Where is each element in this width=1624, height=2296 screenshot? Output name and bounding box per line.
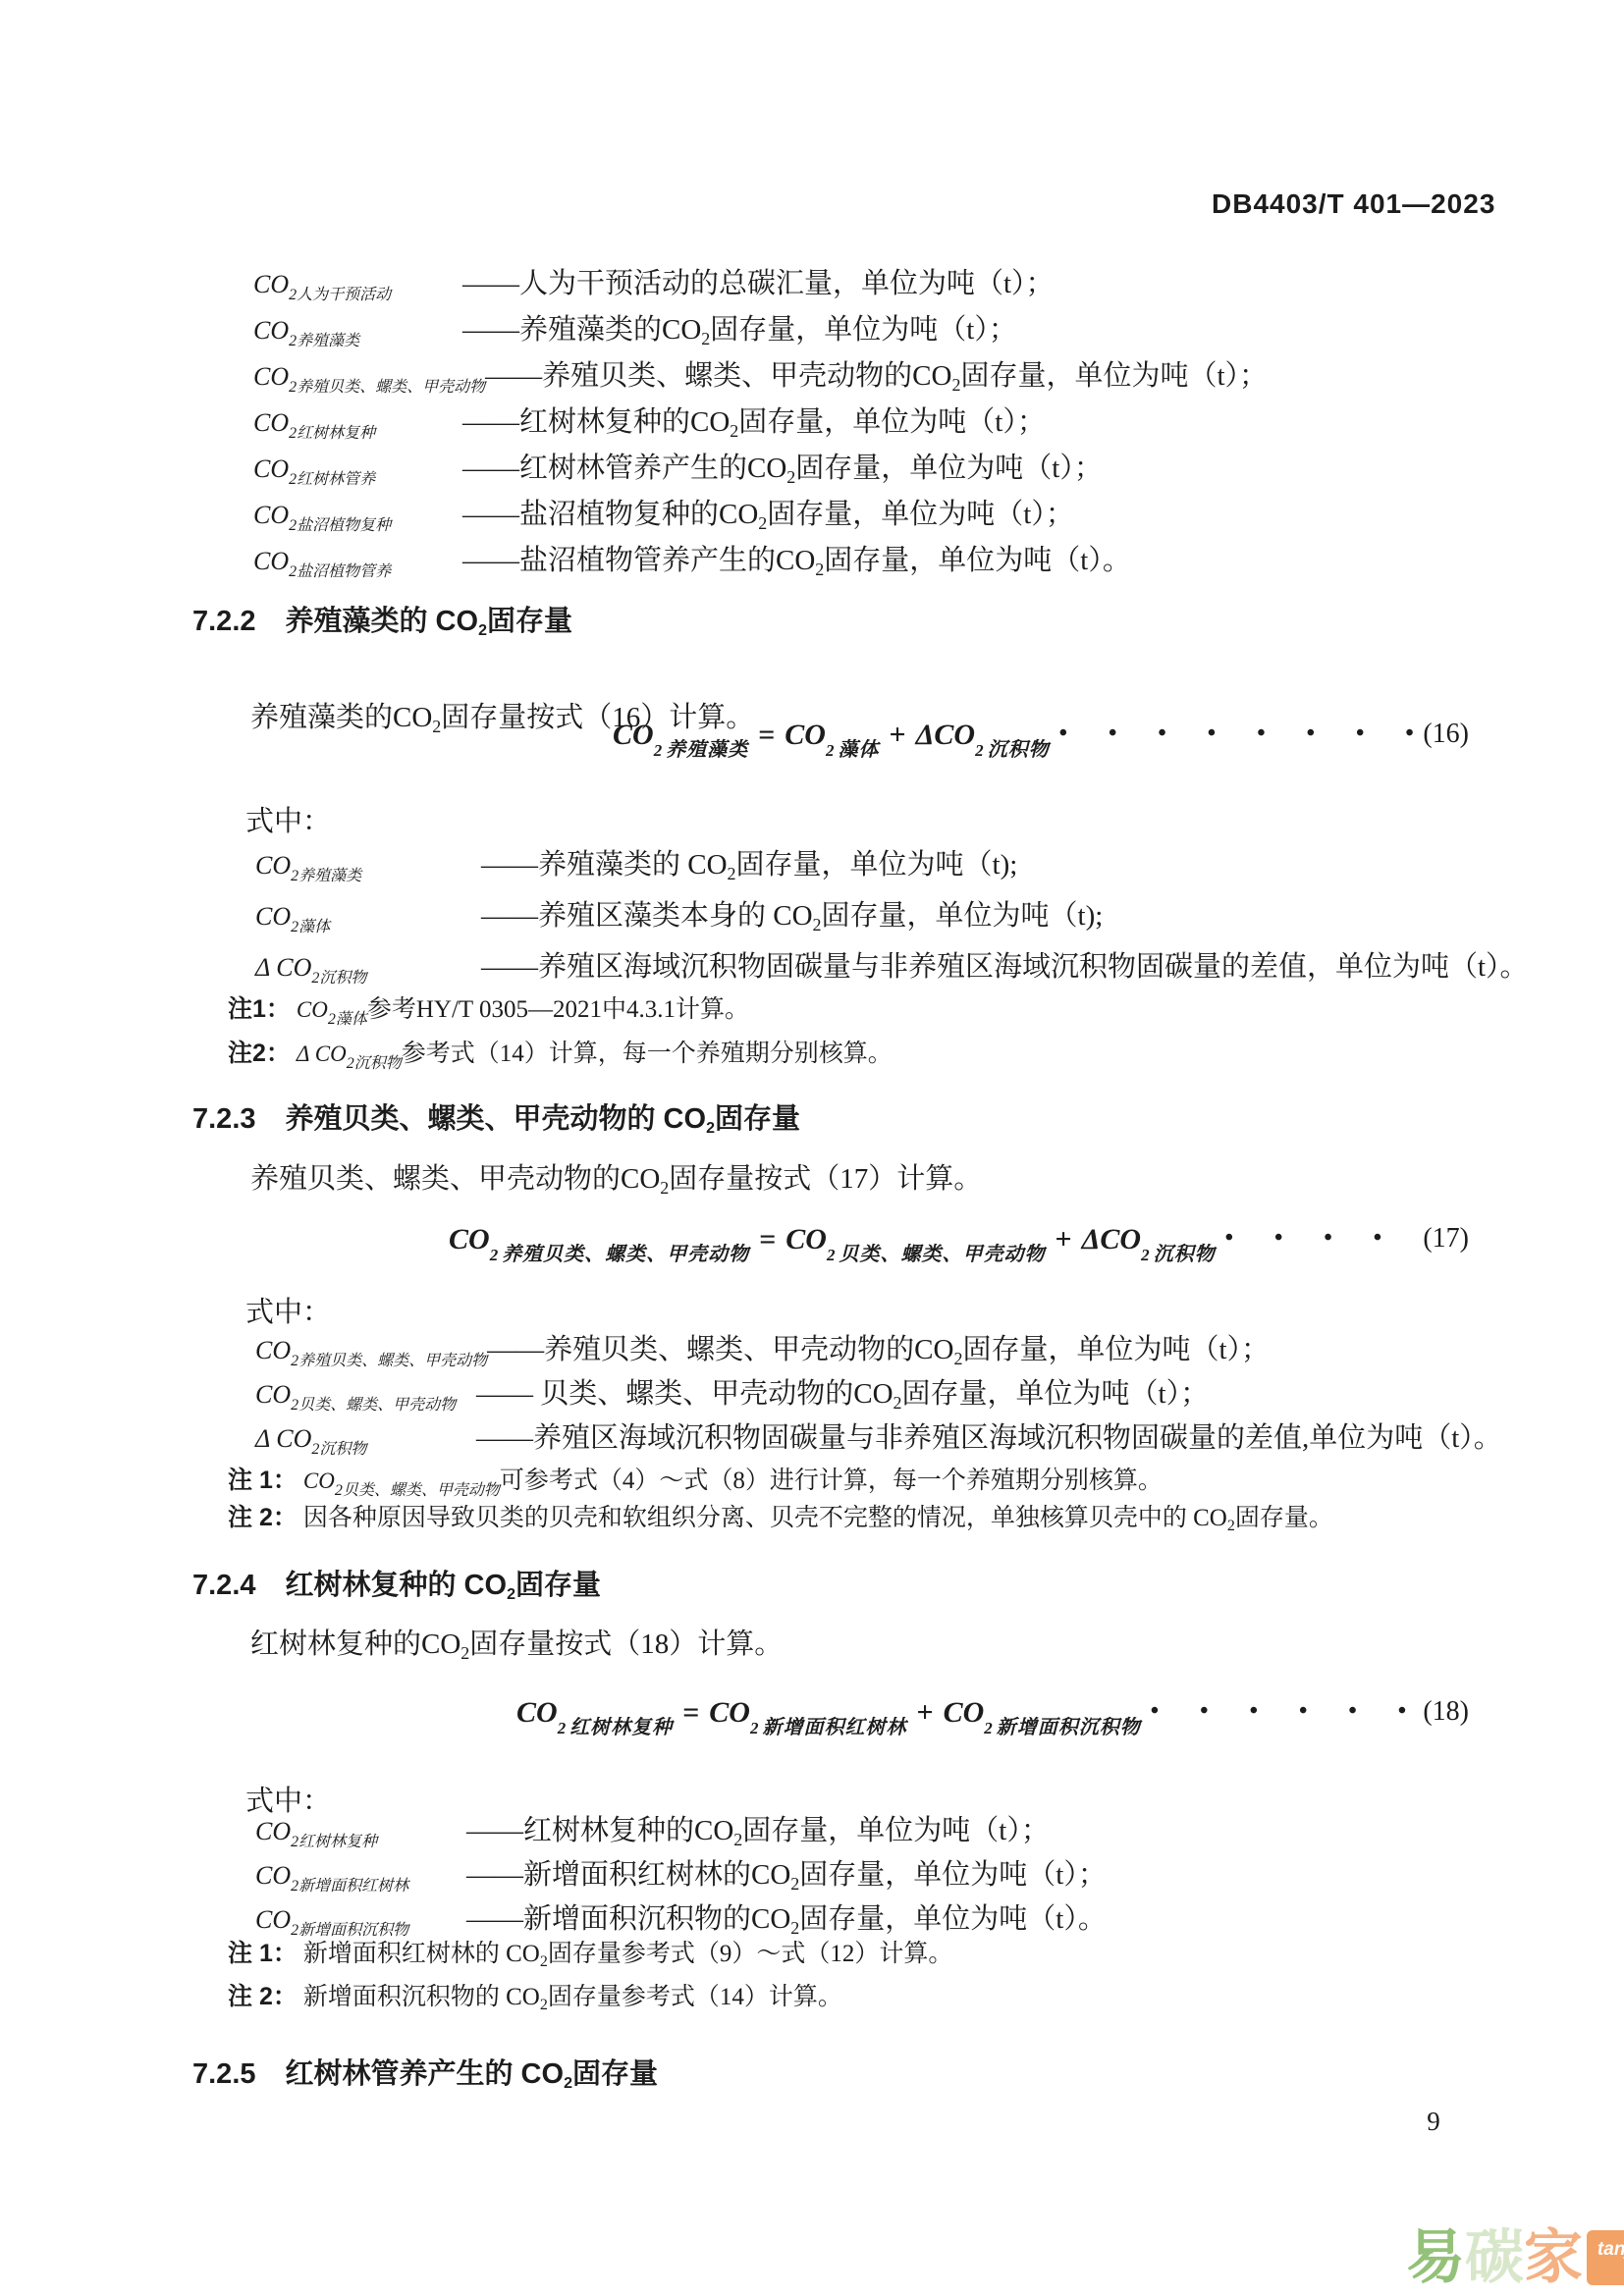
heading-title-post: 固存量	[715, 1103, 800, 1135]
note-text-post: 固存量参考式（14）计算。	[548, 1984, 842, 2010]
heading-number: 7.2.3	[192, 1103, 256, 1135]
note-text-post: 固存量参考式（9）～式（12）计算。	[548, 1941, 953, 1967]
note-text: 新增面积红树林的 CO	[303, 1941, 540, 1967]
symbol-subscript: 2沉积物	[347, 1055, 402, 1072]
heading-co2-subscript: 2	[564, 2075, 572, 2092]
note-text: 参考式（14）计算，每一个养殖期分别核算。	[402, 1041, 893, 1067]
symbol-subscript: 2藻体	[328, 1011, 367, 1028]
definition-row: Δ CO2沉积物 ——养殖区海域沉积物固碳量与非养殖区海域沉积物固碳量的差值,单…	[255, 1415, 1483, 1460]
def-text-post: 固存量，单位为吨（t);	[736, 849, 1018, 881]
formula-sub-label: 养殖贝类、螺类、甲壳动物	[502, 1244, 749, 1265]
note-symbol: CO2贝类、螺类、甲壳动物	[303, 1468, 500, 1493]
formula-sub2: 2	[1141, 1246, 1150, 1264]
note-text: 新增面积沉积物的 CO	[303, 1984, 540, 2010]
symbol-term: CO2养殖藻类	[253, 316, 462, 350]
heading-title: 红树林管养产生的 CO	[286, 2058, 565, 2090]
inline-co2-subscript: 2	[790, 1874, 799, 1894]
symbol-main: CO	[303, 1468, 335, 1493]
symbol-definition: ——新增面积红树林的CO2固存量，单位为吨（t）；	[466, 1852, 1107, 1895]
inline-co2-subscript: 2	[893, 1393, 902, 1413]
symbol-definition: —— 贝类、螺类、甲壳动物的CO2固存量，单位为吨（t）；	[476, 1371, 1209, 1414]
symbol-definition: ——养殖贝类、螺类、甲壳动物的CO2固存量，单位为吨（t）；	[485, 353, 1268, 396]
symbol-definition: ——新增面积沉积物的CO2固存量，单位为吨（t）。	[466, 1896, 1107, 1939]
definition-row: CO2养殖藻类 ——养殖藻类的 CO2固存量，单位为吨（t);	[255, 842, 1483, 893]
list-item: CO2养殖贝类、螺类、甲壳动物 ——养殖贝类、螺类、甲壳动物的CO2固存量，单位…	[253, 353, 1490, 400]
definition-block: CO2养殖藻类 ——养殖藻类的 CO2固存量，单位为吨（t); CO2藻体 ——…	[255, 842, 1483, 995]
note-label: 注 2：	[228, 1504, 298, 1531]
symbol-main: CO	[255, 1380, 291, 1409]
note-label: 注2：	[228, 1040, 291, 1067]
para-text: 养殖贝类、螺类、甲壳动物的CO	[250, 1163, 660, 1195]
symbol-term: CO2贝类、螺类、甲壳动物	[255, 1380, 476, 1415]
formula-term: CO	[785, 719, 826, 751]
section-paragraph: 红树林复种的CO2固存量按式（18）计算。	[193, 1622, 1470, 1664]
watermark-url-badge: tanjiaoyi .com	[1587, 2230, 1624, 2285]
symbol-main: CO	[255, 1905, 291, 1934]
formula-terms: CO2养殖藻类=CO2藻体+ΔCO2沉积物	[613, 719, 1050, 762]
symbol-main: CO	[255, 1336, 291, 1364]
symbol-term: CO2养殖贝类、螺类、甲壳动物	[253, 362, 485, 397]
definition-block: CO2养殖贝类、螺类、甲壳动物 ——养殖贝类、螺类、甲壳动物的CO2固存量，单位…	[255, 1327, 1483, 1460]
definition-row: Δ CO2沉积物 ——养殖区海域沉积物固碳量与非养殖区海域沉积物固碳量的差值，单…	[255, 944, 1483, 995]
symbol-term: CO2红树林复种	[255, 1817, 466, 1851]
list-item: CO2盐沼植物管养 ——盐沼植物管养产生的CO2固存量，单位为吨（t）。	[253, 538, 1490, 584]
watermark-char-yi: 易	[1406, 2228, 1465, 2287]
inline-co2-subscript: 2	[733, 1830, 742, 1849]
symbol-term: CO2藻体	[255, 902, 481, 936]
inline-co2-subscript: 2	[730, 421, 738, 441]
symbol-term: CO2人为干预活动	[253, 270, 462, 304]
def-text: ——新增面积红树林的CO	[466, 1859, 790, 1891]
symbol-main: CO	[255, 902, 291, 931]
formula-term: CO	[449, 1223, 490, 1255]
symbol-subscript: 2贝类、螺类、甲壳动物	[291, 1397, 456, 1414]
def-text-post: 固存量，单位为吨（t）；	[767, 499, 1074, 530]
formula-sub2: 2	[827, 1246, 836, 1264]
formula-sub-label: 沉积物	[988, 739, 1050, 761]
list-item: CO2养殖藻类 ——养殖藻类的CO2固存量，单位为吨（t）；	[253, 307, 1490, 353]
symbol-subscript: 2红树林复种	[291, 1834, 377, 1850]
symbol-term: CO2盐沼植物管养	[253, 547, 462, 581]
formula-16: CO2养殖藻类=CO2藻体+ΔCO2沉积物 • • • • • • • • • …	[192, 719, 1469, 762]
symbol-term: CO2养殖贝类、螺类、甲壳动物	[255, 1336, 487, 1370]
note-line: 注1：CO2藻体参考HY/T 0305—2021中4.3.1计算。	[228, 989, 1485, 1034]
document-page: DB4403/T 401—2023 CO2人为干预活动 ——人为干预活动的总碳汇…	[0, 0, 1624, 2296]
heading-title-post: 固存量	[572, 2058, 658, 2090]
symbol-subscript: 2养殖藻类	[291, 868, 361, 884]
definition-row: CO2藻体 ——养殖区藻类本身的 CO2固存量，单位为吨（t);	[255, 893, 1483, 944]
note-line: 注 2：新增面积沉积物的 CO2固存量参考式（14）计算。	[228, 1977, 1485, 2020]
symbol-definition: ——养殖区海域沉积物固碳量与非养殖区海域沉积物固碳量的差值,单位为吨（t）。	[476, 1415, 1502, 1458]
symbol-subscript: 2红树林复种	[289, 425, 375, 442]
formula-sub-label: 红树林复种	[569, 1717, 673, 1738]
symbol-main: CO	[253, 501, 289, 529]
note-text-post: 固存量。	[1235, 1505, 1333, 1531]
formula-terms: CO2红树林复种=CO2新增面积红树林+CO2新增面积沉积物	[516, 1696, 1141, 1739]
formula-number: (18)	[1423, 1696, 1469, 1728]
def-text-post: 固存量，单位为吨（t）；	[795, 453, 1103, 484]
heading-number: 7.2.4	[192, 1570, 256, 1601]
symbol-main: CO	[253, 270, 289, 298]
symbol-subscript: 2藻体	[291, 919, 330, 935]
heading-title: 养殖藻类的 CO	[286, 606, 479, 637]
heading-title: 红树林复种的 CO	[286, 1570, 508, 1601]
note-label: 注 1：	[228, 1467, 298, 1494]
symbol-main: CO	[255, 1861, 291, 1890]
page-number: 9	[1414, 2107, 1453, 2137]
para-text: 红树林复种的CO	[250, 1629, 460, 1660]
watermark-char-jia: 家	[1524, 2228, 1583, 2287]
list-item: CO2盐沼植物复种 ——盐沼植物复种的CO2固存量，单位为吨（t）；	[253, 492, 1490, 538]
symbol-main: CO	[255, 1817, 291, 1845]
symbol-subscript: 2盐沼植物复种	[289, 517, 391, 534]
formula-number: (16)	[1423, 719, 1469, 750]
formula-18: CO2红树林复种=CO2新增面积红树林+CO2新增面积沉积物 • • • • •…	[192, 1696, 1469, 1739]
heading-title-post: 固存量	[487, 606, 572, 637]
inline-co2-subscript: 2	[540, 1953, 548, 1970]
heading-title: 养殖贝类、螺类、甲壳动物的 CO	[286, 1103, 707, 1135]
heading-number: 7.2.2	[192, 606, 256, 637]
def-text-post: 固存量，单位为吨（t）；	[742, 1815, 1050, 1846]
symbol-subscript: 2人为干预活动	[289, 287, 391, 303]
dot-leader: • • • • • • • • • • • •	[1050, 719, 1424, 747]
note-line: 注 1：CO2贝类、螺类、甲壳动物可参考式（4）～式（8）进行计算，每一个养殖期…	[228, 1461, 1485, 1498]
note-symbol: CO2藻体	[297, 997, 367, 1022]
symbol-main: CO	[253, 454, 289, 483]
symbol-term: Δ CO2沉积物	[255, 1424, 476, 1459]
def-text: ——养殖区海域沉积物固碳量与非养殖区海域沉积物固碳量的差值，单位为吨（t）。	[481, 951, 1529, 983]
def-text: ——红树林复种的CO	[466, 1815, 733, 1846]
symbol-main: CO	[297, 997, 328, 1022]
section-paragraph: 养殖贝类、螺类、甲壳动物的CO2固存量按式（17）计算。	[193, 1156, 1470, 1199]
symbol-definition: ——红树林复种的CO2固存量，单位为吨（t）；	[462, 400, 1046, 442]
formula-sub-label: 藻体	[838, 739, 879, 761]
symbol-definition: ——养殖区藻类本身的 CO2固存量，单位为吨（t);	[481, 893, 1103, 935]
inline-co2-subscript: 2	[540, 1997, 548, 2013]
def-text: ——养殖区海域沉积物固碳量与非养殖区海域沉积物固碳量的差值,单位为吨（t）。	[476, 1422, 1502, 1454]
inline-co2-subscript: 2	[758, 513, 767, 533]
symbol-definition: ——盐沼植物管养产生的CO2固存量，单位为吨（t）。	[462, 538, 1131, 580]
def-text-post: 固存量，单位为吨（t）；	[738, 406, 1046, 438]
notes-block: 注1：CO2藻体参考HY/T 0305—2021中4.3.1计算。 注2：Δ C…	[228, 989, 1485, 1078]
plus-operator: +	[1055, 1223, 1071, 1255]
heading-co2-subscript: 2	[706, 1120, 715, 1137]
inline-co2-subscript: 2	[1227, 1518, 1235, 1534]
def-text-post: 固存量，单位为吨（t);	[822, 900, 1104, 932]
formula-term: CO	[785, 1223, 827, 1255]
equals-operator: =	[759, 1223, 776, 1255]
def-text-post: 固存量，单位为吨（t）；	[962, 1334, 1270, 1365]
list-item: CO2人为干预活动 ——人为干预活动的总碳汇量，单位为吨（t）；	[253, 261, 1490, 307]
formula-sub-label: 贝类、螺类、甲壳动物	[839, 1244, 1045, 1265]
inline-co2-subscript: 2	[701, 329, 710, 348]
section-heading-7-2-5: 7.2.5红树林管养产生的 CO2固存量	[192, 2052, 658, 2093]
symbol-definition: ——盐沼植物复种的CO2固存量，单位为吨（t）；	[462, 492, 1074, 534]
inline-co2-subscript: 2	[460, 1643, 469, 1663]
symbol-term: CO2养殖藻类	[255, 851, 481, 885]
symbol-definition: ——人为干预活动的总碳汇量，单位为吨（t）；	[462, 261, 1055, 303]
equals-operator: =	[682, 1696, 699, 1729]
equals-operator: =	[758, 719, 775, 751]
def-text-post: 固存量，单位为吨（t）。	[799, 1903, 1107, 1935]
symbol-subscript: 2贝类、螺类、甲壳动物	[335, 1482, 500, 1499]
formula-17: CO2养殖贝类、螺类、甲壳动物=CO2贝类、螺类、甲壳动物+ΔCO2沉积物 • …	[192, 1223, 1469, 1266]
heading-number: 7.2.5	[192, 2058, 256, 2090]
formula-term: CO	[516, 1696, 558, 1729]
list-item: CO2红树林管养 ——红树林管养产生的CO2固存量，单位为吨（t）；	[253, 446, 1490, 492]
formula-sub2: 2	[975, 741, 984, 760]
watermark-site-text: tanjiaoyi	[1597, 2239, 1624, 2260]
formula-sub-label: 新增面积沉积物	[997, 1717, 1141, 1738]
symbol-term: CO2红树林复种	[253, 408, 462, 443]
symbol-subscript: 2新增面积红树林	[291, 1878, 408, 1895]
note-text: 因各种原因导致贝类的贝壳和软组织分离、贝壳不完整的情况，单独核算贝壳中的 CO	[303, 1505, 1227, 1531]
formula-term: ΔCO	[916, 719, 975, 751]
inline-co2-subscript: 2	[728, 864, 736, 883]
symbol-definition: ——红树林管养产生的CO2固存量，单位为吨（t）；	[462, 446, 1103, 488]
def-text: ——红树林管养产生的CO	[462, 453, 786, 484]
symbol-subscript: 2沉积物	[311, 970, 366, 987]
symbol-main: Δ CO	[297, 1041, 347, 1066]
heading-title-post: 固存量	[515, 1570, 601, 1601]
def-text: ——人为干预活动的总碳汇量，单位为吨（t）；	[462, 268, 1055, 299]
plus-operator: +	[889, 719, 905, 751]
dot-leader: • • • • • •	[1216, 1223, 1424, 1252]
formula-sub-label: 养殖藻类	[666, 739, 748, 761]
symbol-subscript: 2养殖贝类、螺类、甲壳动物	[291, 1353, 487, 1369]
doc-number-header: DB4403/T 401—2023	[1212, 188, 1469, 220]
formula-sub2: 2	[654, 741, 663, 760]
note-symbol: Δ CO2沉积物	[297, 1041, 402, 1066]
section-heading-7-2-4: 7.2.4红树林复种的 CO2固存量	[192, 1563, 601, 1604]
def-text: ——盐沼植物管养产生的CO	[462, 545, 815, 576]
symbol-subscript: 2养殖贝类、螺类、甲壳动物	[289, 379, 485, 396]
symbol-subscript: 2养殖藻类	[289, 333, 359, 349]
def-text-post: 固存量，单位为吨（t）；	[902, 1378, 1210, 1410]
formula-sub2: 2	[490, 1246, 499, 1264]
note-label: 注 1：	[228, 1940, 298, 1967]
heading-co2-subscript: 2	[507, 1586, 515, 1603]
def-text: ——养殖贝类、螺类、甲壳动物的CO	[485, 360, 951, 392]
symbol-term: CO2红树林管养	[253, 454, 462, 489]
formula-terms: CO2养殖贝类、螺类、甲壳动物=CO2贝类、螺类、甲壳动物+ΔCO2沉积物	[449, 1223, 1216, 1266]
note-line: 注 2：因各种原因导致贝类的贝壳和软组织分离、贝壳不完整的情况，单独核算贝壳中的…	[228, 1498, 1485, 1535]
symbol-term: CO2新增面积红树林	[255, 1861, 466, 1896]
watermark-logo: 易 碳 家 tanjiaoyi .com	[1406, 2228, 1624, 2287]
def-text-post: 固存量，单位为吨（t）。	[824, 545, 1131, 576]
note-text: 可参考式（4）～式（8）进行计算，每一个养殖期分别核算。	[500, 1468, 1163, 1494]
formula-sub-label: 新增面积红树林	[762, 1717, 906, 1738]
notes-block: 注 1：新增面积红树林的 CO2固存量参考式（9）～式（12）计算。 注 2：新…	[228, 1934, 1485, 2020]
note-label: 注1：	[228, 995, 291, 1023]
symbol-main: CO	[253, 316, 289, 345]
inline-co2-subscript: 2	[813, 915, 822, 934]
symbol-subscript: 2红树林管养	[289, 471, 375, 488]
def-text: —— 贝类、螺类、甲壳动物的CO	[476, 1378, 893, 1410]
formula-sub2: 2	[826, 741, 835, 760]
symbol-term: Δ CO2沉积物	[255, 953, 481, 988]
def-text-post: 固存量，单位为吨（t）；	[710, 314, 1017, 346]
section-heading-7-2-3: 7.2.3养殖贝类、螺类、甲壳动物的 CO2固存量	[192, 1096, 800, 1138]
para-text-post: 固存量按式（18）计算。	[469, 1629, 783, 1660]
shizhong-label: 式中：	[245, 799, 331, 839]
formula-term: ΔCO	[1082, 1223, 1141, 1255]
symbol-definition: ——养殖区海域沉积物固碳量与非养殖区海域沉积物固碳量的差值，单位为吨（t）。	[481, 944, 1529, 987]
plus-operator: +	[916, 1696, 933, 1729]
section-heading-7-2-2: 7.2.2养殖藻类的 CO2固存量	[192, 599, 572, 640]
note-text: 参考HY/T 0305—2021中4.3.1计算。	[367, 996, 749, 1023]
formula-term: CO	[613, 719, 654, 751]
definition-row: CO2贝类、螺类、甲壳动物 —— 贝类、螺类、甲壳动物的CO2固存量，单位为吨（…	[255, 1371, 1483, 1415]
symbol-main: CO	[255, 851, 291, 880]
note-line: 注2：Δ CO2沉积物参考式（14）计算，每一个养殖期分别核算。	[228, 1034, 1485, 1078]
def-text: ——养殖藻类的 CO	[481, 849, 728, 881]
notes-block: 注 1：CO2贝类、螺类、甲壳动物可参考式（4）～式（8）进行计算，每一个养殖期…	[228, 1461, 1485, 1535]
inline-co2-subscript: 2	[815, 560, 824, 579]
formula-sub2: 2	[984, 1719, 993, 1737]
list-item: CO2红树林复种 ——红树林复种的CO2固存量，单位为吨（t）；	[253, 400, 1490, 446]
para-text-post: 固存量按式（17）计算。	[669, 1163, 982, 1195]
symbol-definition: ——红树林复种的CO2固存量，单位为吨（t）；	[466, 1808, 1050, 1850]
symbol-main: CO	[253, 408, 289, 437]
symbol-list: CO2人为干预活动 ——人为干预活动的总碳汇量，单位为吨（t）； CO2养殖藻类…	[253, 261, 1490, 584]
dot-leader: • • • • • • • • •	[1141, 1696, 1424, 1725]
definition-row: CO2新增面积红树林 ——新增面积红树林的CO2固存量，单位为吨（t）；	[255, 1852, 1483, 1896]
def-text-post: 固存量，单位为吨（t）；	[799, 1859, 1107, 1891]
symbol-main: Δ CO	[255, 953, 311, 982]
formula-term: CO	[944, 1696, 985, 1729]
symbol-definition: ——养殖贝类、螺类、甲壳动物的CO2固存量，单位为吨（t）；	[487, 1327, 1270, 1369]
symbol-main: CO	[253, 547, 289, 575]
symbol-main: CO	[253, 362, 289, 391]
symbol-subscript: 2盐沼植物管养	[289, 563, 391, 580]
inline-co2-subscript: 2	[786, 467, 795, 487]
def-text: ——红树林复种的CO	[462, 406, 730, 438]
note-label: 注 2：	[228, 1983, 298, 2010]
definition-row: CO2红树林复种 ——红树林复种的CO2固存量，单位为吨（t）；	[255, 1808, 1483, 1852]
def-text-post: 固存量，单位为吨（t）；	[960, 360, 1268, 392]
def-text: ——养殖藻类的CO	[462, 314, 701, 346]
note-line: 注 1：新增面积红树林的 CO2固存量参考式（9）～式（12）计算。	[228, 1934, 1485, 1977]
def-text: ——新增面积沉积物的CO	[466, 1903, 790, 1935]
watermark-char-tan: 碳	[1465, 2228, 1524, 2287]
heading-co2-subscript: 2	[478, 622, 487, 639]
def-text: ——盐沼植物复种的CO	[462, 499, 758, 530]
symbol-definition: ——养殖藻类的 CO2固存量，单位为吨（t);	[481, 842, 1017, 884]
symbol-definition: ——养殖藻类的CO2固存量，单位为吨（t）；	[462, 307, 1017, 349]
symbol-subscript: 2沉积物	[311, 1441, 366, 1458]
formula-sub2: 2	[558, 1719, 567, 1737]
definition-block: CO2红树林复种 ——红树林复种的CO2固存量，单位为吨（t）； CO2新增面积…	[255, 1808, 1483, 1941]
formula-term: CO	[709, 1696, 750, 1729]
formula-sub2: 2	[750, 1719, 759, 1737]
def-text: ——养殖区藻类本身的 CO	[481, 900, 813, 932]
formula-number: (17)	[1423, 1223, 1469, 1255]
symbol-main: Δ CO	[255, 1424, 311, 1453]
definition-row: CO2养殖贝类、螺类、甲壳动物 ——养殖贝类、螺类、甲壳动物的CO2固存量，单位…	[255, 1327, 1483, 1371]
symbol-term: CO2盐沼植物复种	[253, 501, 462, 535]
def-text: ——养殖贝类、螺类、甲壳动物的CO	[487, 1334, 953, 1365]
shizhong-label: 式中：	[245, 1290, 331, 1330]
formula-sub-label: 沉积物	[1154, 1244, 1216, 1265]
inline-co2-subscript: 2	[660, 1178, 669, 1198]
